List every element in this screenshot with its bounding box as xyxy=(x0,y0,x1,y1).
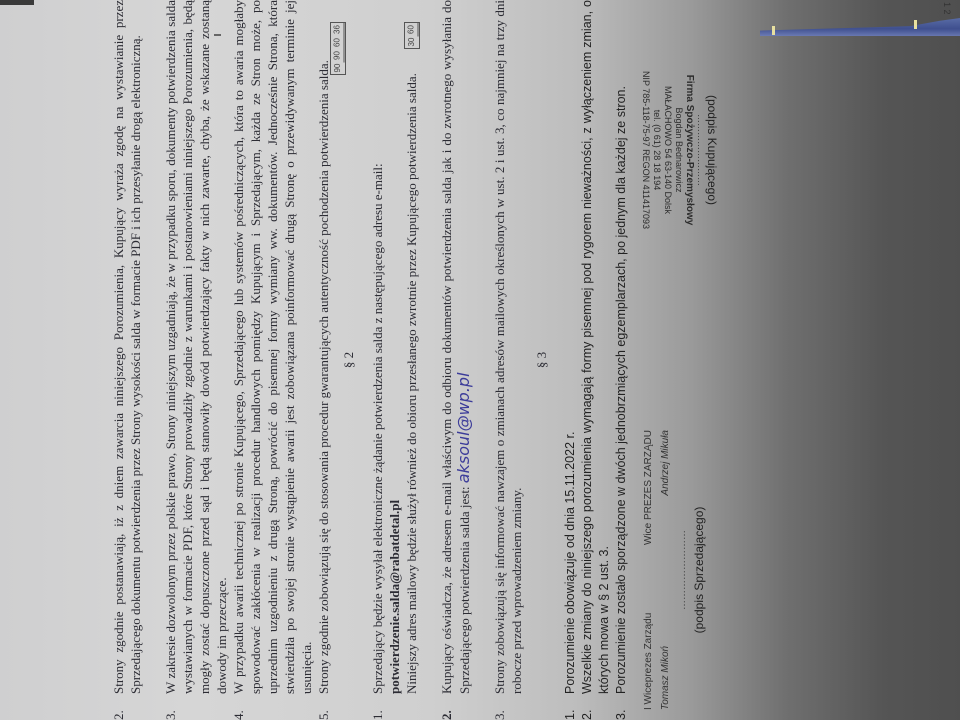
pen-band xyxy=(772,26,775,35)
item-text: Kupujący oświadcza, że adresem e-mail wł… xyxy=(438,0,473,694)
item-number: 4. xyxy=(230,694,315,720)
seller-stamp-name-2: Andrzej Mikuła xyxy=(657,430,674,496)
buyer-stamp-nip-regon: NIP 785-118-75-97 REGON 411417093 xyxy=(640,0,651,300)
item-number: 2. xyxy=(579,694,613,720)
item-text-after: Niniejszy adres mailowy będzie służył ró… xyxy=(404,73,419,694)
part1-item-3: 3. W zakresie dozwolonym przez polskie p… xyxy=(162,0,230,720)
buyer-stamp-phone: tel. (0 61) 28 18 194 xyxy=(651,0,662,300)
item-number: 3. xyxy=(491,694,525,720)
item-number: 2. xyxy=(110,694,144,720)
section-2-heading: § 2 xyxy=(340,0,357,720)
buyer-stamp-owner: Bogdan Bednarowicz xyxy=(673,0,684,300)
item-text: Strony zgodnie zobowiązują się do stosow… xyxy=(315,0,332,694)
item-number: 3. xyxy=(162,694,230,720)
seller-signature-line: …………………… xyxy=(674,420,691,720)
section2-item-1: 1. Sprzedający będzie wysyłał elektronic… xyxy=(369,0,420,720)
signature-row: I Wiceprezes Zarządu Wice PREZES ZARZĄDU… xyxy=(640,0,717,720)
buyer-company-stamp: (podpis Kupującego) …………………… Firma Spoży… xyxy=(640,0,717,300)
seller-stamp-title-2: Wice PREZES ZARZĄDU xyxy=(640,430,657,545)
seller-signature-block: I Wiceprezes Zarządu Wice PREZES ZARZĄDU… xyxy=(640,420,717,720)
buyer-signature-block: (podpis Kupującego) …………………… Firma Spoży… xyxy=(640,0,717,300)
seller-email: potwierdzenie.salda@rabatdetal.pl xyxy=(387,500,402,694)
item-text: Strony zgodnie postanawiają, iż z dniem … xyxy=(110,0,144,694)
item-number: 1. xyxy=(369,694,420,720)
section2-item-2: 2. Kupujący oświadcza, że adresem e-mail… xyxy=(438,0,473,720)
section2-item-3: 3. Strony zobowiązują się informować naw… xyxy=(491,0,525,720)
item-number: 1. xyxy=(562,694,579,720)
pen-object xyxy=(760,18,960,36)
buyer-signature-line: …………………… xyxy=(695,0,706,300)
pen-band xyxy=(914,20,917,29)
item-number: 2. xyxy=(438,694,473,720)
item-number: 5. xyxy=(315,694,332,720)
section3-item-1: 1. Porozumienie obowiązuje od dnia 15.11… xyxy=(562,0,579,720)
item-text-before: Sprzedający będzie wysyłał elektroniczne… xyxy=(370,163,385,694)
section3-list: 1. Porozumienie obowiązuje od dnia 15.11… xyxy=(562,0,630,720)
background-shadow xyxy=(0,0,34,5)
seller-signature-label: (podpis Sprzedającego) xyxy=(691,420,708,720)
item-text: Strony zobowiązują się informować nawzaj… xyxy=(491,0,525,694)
buyer-stamp-address: MAŁACHOWO 54 63-140 Dolsk xyxy=(662,0,673,300)
seller-stamp-title: I Wiceprezes Zarządu xyxy=(640,613,657,710)
part1-item-5: 5. Strony zgodnie zobowiązują się do sto… xyxy=(315,0,332,720)
buyer-email-handwritten: aksoul@wp.pl xyxy=(454,372,473,483)
item-text-body: Kupujący oświadcza, że adresem e-mail wł… xyxy=(439,0,472,694)
section3-item-2: 2. Wszelkie zmiany do niniejszego porozu… xyxy=(579,0,613,720)
section-3-heading: § 3 xyxy=(533,0,550,720)
section3-item-3: 3. Porozumienie zostało sporządzone w dw… xyxy=(613,0,630,720)
item-text: W zakresie dozwolonym przez polskie praw… xyxy=(162,0,230,694)
ruler-text: 1 2 xyxy=(942,2,952,15)
item-text: W przypadku awarii technicznej po stroni… xyxy=(230,0,315,694)
buyer-stamp-company: Firma Spożywczo-Przemysłowy xyxy=(684,0,695,300)
item-text: Porozumienie zostało sporządzone w dwóch… xyxy=(613,0,630,694)
item-text: Porozumienie obowiązuje od dnia 15.11.20… xyxy=(562,0,579,694)
buyer-signature-label: (podpis Kupującego) xyxy=(706,0,717,300)
seller-stamp-name: Tomasz Mikoń xyxy=(657,646,674,710)
item-text: Sprzedający będzie wysyłał elektroniczne… xyxy=(369,0,420,694)
item-text: Wszelkie zmiany do niniejszego porozumie… xyxy=(579,0,613,694)
part1-item-4: 4. W przypadku awarii technicznej po str… xyxy=(230,0,315,720)
item-number: 3. xyxy=(613,694,630,720)
part1-item-2: 2. Strony zgodnie postanawiają, iż z dni… xyxy=(110,0,144,720)
document-page: 2. Strony zgodnie postanawiają, iż z dni… xyxy=(110,0,670,720)
